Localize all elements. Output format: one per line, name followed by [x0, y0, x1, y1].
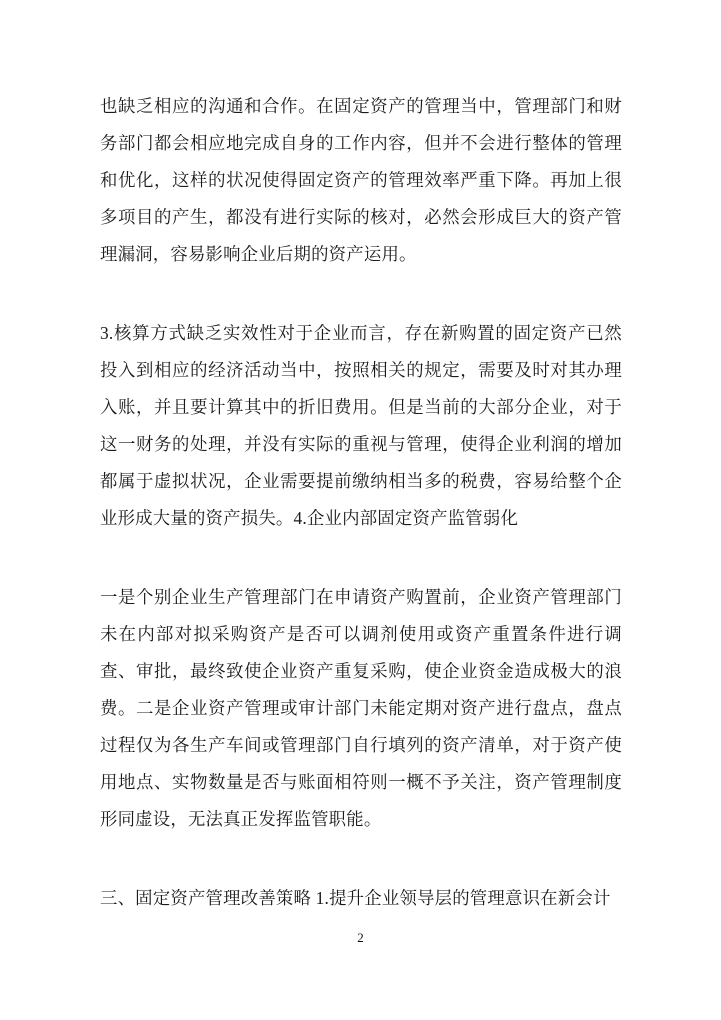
paragraph-1: 也缺乏相应的沟通和合作。在固定资产的管理当中，管理部门和财务部门都会相应地完成自… — [100, 88, 622, 273]
paragraph-4-heading: 三、固定资产管理改善策略 1.提升企业领导层的管理意识在新会计 — [100, 880, 622, 917]
paragraph-3: 一是个别企业生产管理部门在申请资产购置前，企业资产管理部门未在内部对拟采购资产是… — [100, 579, 622, 838]
document-body: 也缺乏相应的沟通和合作。在固定资产的管理当中，管理部门和财务部门都会相应地完成自… — [100, 88, 622, 917]
document-page: 也缺乏相应的沟通和合作。在固定资产的管理当中，管理部门和财务部门都会相应地完成自… — [0, 0, 721, 1020]
paragraph-2: 3.核算方式缺乏实效性对于企业而言，存在新购置的固定资产已然投入到相应的经济活动… — [100, 315, 622, 537]
page-number: 2 — [0, 930, 721, 946]
